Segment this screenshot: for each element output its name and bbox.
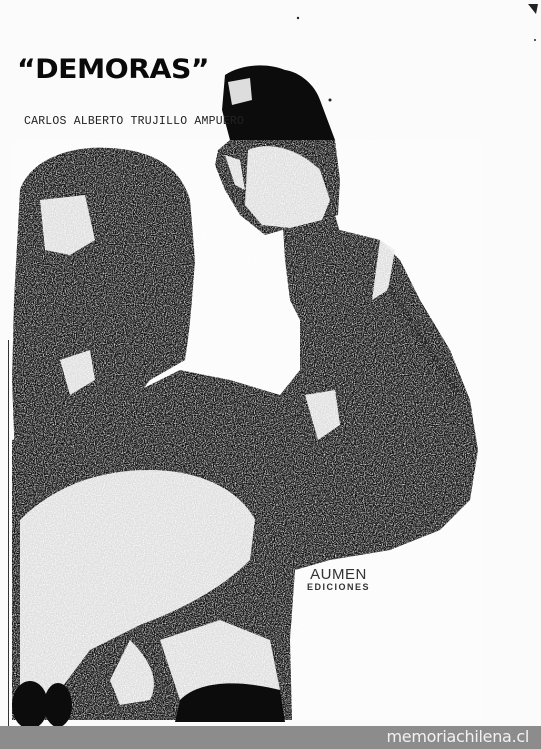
watermark-text: memoriachilena.cl xyxy=(387,727,529,746)
watermark-bar: memoriachilena.cl xyxy=(0,726,541,749)
publisher-subtitle: EDICIONES xyxy=(307,582,370,592)
cover-photo-silhouette xyxy=(0,0,541,726)
scanned-cover-page: “DEMORAS” CARLOS ALBERTO TRUJILLO AMPUER… xyxy=(0,0,541,726)
book-title: “DEMORAS” xyxy=(17,54,209,85)
scan-edge-line xyxy=(8,340,9,749)
author-name: CARLOS ALBERTO TRUJILLO AMPUERO xyxy=(24,115,244,128)
publisher-name: AUMEN xyxy=(307,566,370,583)
publisher-logo: AUMEN EDICIONES xyxy=(307,566,370,592)
